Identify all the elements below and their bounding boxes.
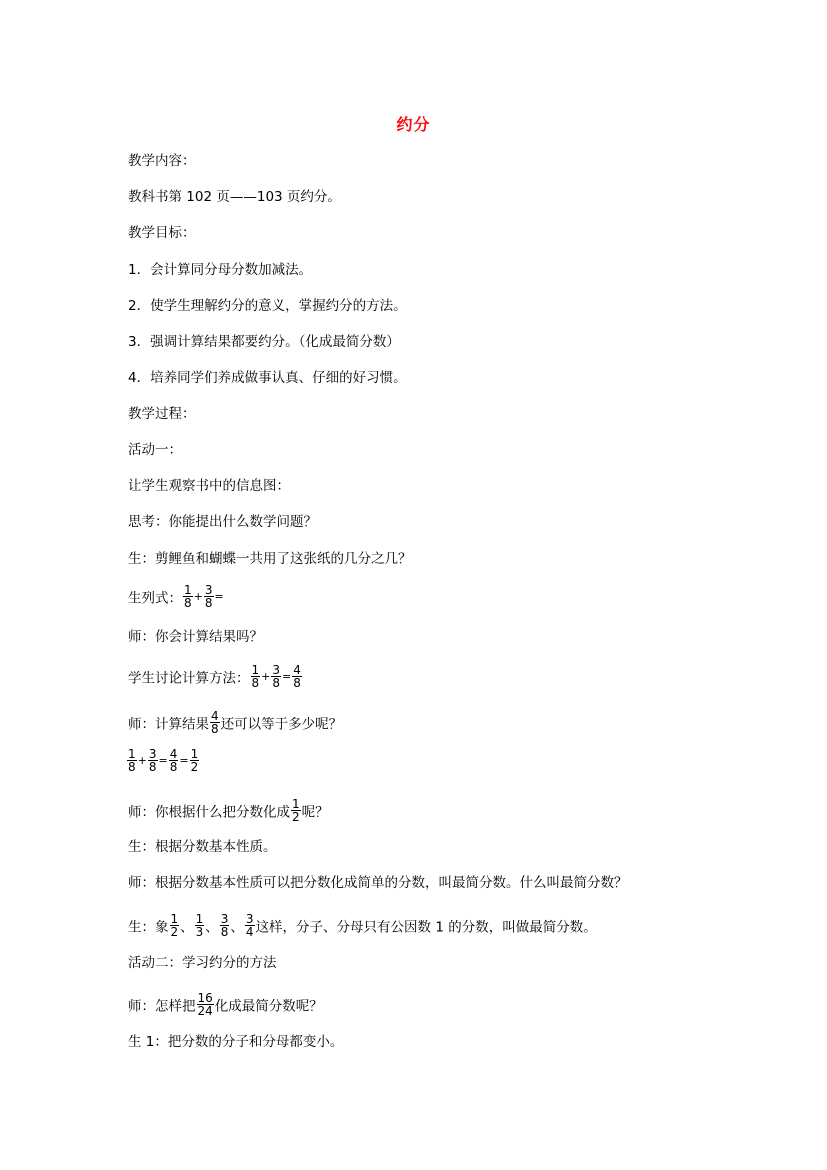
student-method-line: 学生讨论计算方法：18+38=48 <box>128 666 303 691</box>
plus-sign: + <box>194 590 203 603</box>
plus-sign: + <box>138 754 147 767</box>
goal-1: 1．会计算同分母分数加减法。 <box>128 261 312 279</box>
fraction-3-8: 38 <box>220 913 230 938</box>
fraction-3-8: 38 <box>148 748 158 773</box>
document-page: 约分 教学内容： 教科书第 102 页——103 页约分。 教学目标： 1．会计… <box>0 0 827 1170</box>
equals-sign: = <box>282 670 291 683</box>
text: 这样，分子、分母只有公因数 1 的分数，叫做最简分数。 <box>256 920 597 936</box>
teacher-question-result: 师：你会计算结果吗？ <box>128 628 263 646</box>
equals-sign: = <box>179 754 188 767</box>
teacher-result-question-line: 师：计算结果48还可以等于多少呢？ <box>128 712 342 737</box>
plus-sign: + <box>261 670 270 683</box>
fraction-4-8: 48 <box>210 710 220 735</box>
teacher-simplest-definition: 师：根据分数基本性质可以把分数化成简单的分数，叫最简分数。什么叫最简分数？ <box>128 874 628 892</box>
student-simplest-examples-line: 生：象12、13、38、34这样，分子、分母只有公因数 1 的分数，叫做最简分数… <box>128 915 597 940</box>
fraction-16-24: 1624 <box>197 992 214 1017</box>
fraction-3-8: 38 <box>271 664 281 689</box>
fraction-1-2: 12 <box>190 748 200 773</box>
text: 师：怎样把 <box>128 999 196 1015</box>
separator: 、 <box>205 920 219 936</box>
activity-2-heading: 活动二：学习约分的方法 <box>128 954 277 972</box>
fraction-1-8: 18 <box>183 584 193 609</box>
heading-teaching-process: 教学过程： <box>128 405 196 423</box>
document-title: 约分 <box>0 112 827 135</box>
fraction-3-4: 34 <box>245 913 255 938</box>
goal-2: 2．使学生理解约分的意义，掌握约分的方法。 <box>128 297 407 315</box>
fraction-1-8: 18 <box>127 748 137 773</box>
think-question-text: 思考：你能提出什么数学问题？ <box>128 513 317 531</box>
teacher-simplify-question-line: 师：怎样把1624化成最简分数呢？ <box>128 994 323 1019</box>
text: 生：象 <box>128 920 169 936</box>
teacher-basis-question-line: 师：你根据什么把分数化成12呢？ <box>128 800 329 825</box>
label: 生列式： <box>128 591 182 607</box>
heading-teaching-goals: 教学目标： <box>128 224 196 242</box>
text: 呢？ <box>302 805 329 821</box>
equals-sign: = <box>159 754 168 767</box>
student-1-answer: 生 1：把分数的分子和分母都变小。 <box>128 1033 343 1051</box>
student-question-text: 生：剪鲤鱼和蝴蝶一共用了这张纸的几分之几？ <box>128 550 412 568</box>
label: 学生讨论计算方法： <box>128 671 250 687</box>
fraction-4-8: 48 <box>169 748 179 773</box>
fraction-4-8: 48 <box>292 664 302 689</box>
teaching-content-text: 教科书第 102 页——103 页约分。 <box>128 188 341 206</box>
goal-4: 4．培养同学们养成做事认真、仔细的好习惯。 <box>128 369 407 387</box>
text: 师：计算结果 <box>128 717 209 733</box>
fraction-3-8: 38 <box>204 584 214 609</box>
equals-sign: = <box>215 590 224 603</box>
fraction-1-2: 12 <box>291 798 301 823</box>
fraction-1-3: 13 <box>195 913 205 938</box>
observe-info-text: 让学生观察书中的信息图： <box>128 477 290 495</box>
text: 还可以等于多少呢？ <box>221 717 343 733</box>
text: 化成最简分数呢？ <box>215 999 323 1015</box>
separator: 、 <box>230 920 244 936</box>
fraction-1-8: 18 <box>251 664 261 689</box>
goal-3: 3．强调计算结果都要约分。（化成最简分数） <box>128 333 400 351</box>
student-basis-answer: 生：根据分数基本性质。 <box>128 838 277 856</box>
equation-chain-line: 18+38=48=12 <box>126 750 200 775</box>
student-equation-line: 生列式：18+38= <box>128 586 224 611</box>
text: 师：你根据什么把分数化成 <box>128 805 290 821</box>
separator: 、 <box>180 920 194 936</box>
heading-teaching-content: 教学内容： <box>128 152 196 170</box>
activity-1-heading: 活动一： <box>128 441 182 459</box>
fraction-1-2: 12 <box>170 913 180 938</box>
